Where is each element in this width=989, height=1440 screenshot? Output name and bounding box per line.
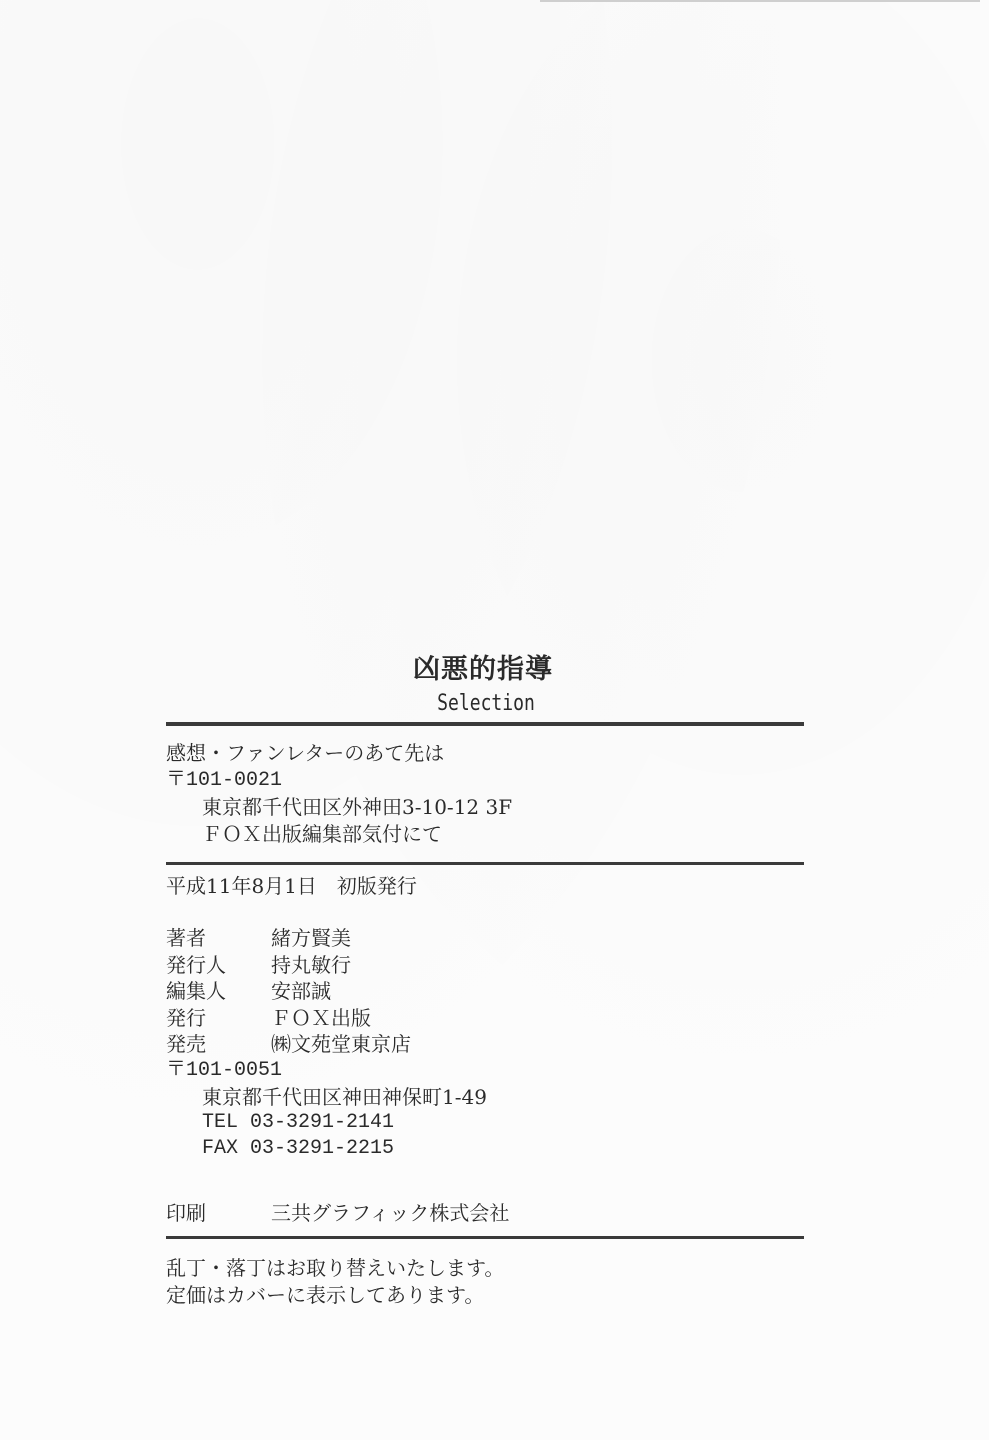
colophon-block: 凶悪的指導 Selection 感想・ファンレターのあて先は 〒101-0021… <box>166 652 806 1309</box>
fan-letter-address-line1: 東京都千代田区外神田3-10-12 3F <box>166 794 806 821</box>
distributor-tel: TEL 03-3291-2141 <box>166 1110 806 1136</box>
page-edge-shadow <box>540 0 980 2</box>
fan-letter-postal-code: 〒101-0021 <box>166 767 806 794</box>
note-replacement: 乱丁・落丁はお取り替えいたします。 <box>166 1255 806 1282</box>
staff-credits: 著者 緒方賢美 発行人 持丸敏行 編集人 安部誠 発行 ＦＯＸ出版 発売 ㈱文苑… <box>166 925 806 1162</box>
credit-value: 緒方賢美 <box>271 925 351 952</box>
fan-letter-section: 感想・ファンレターのあて先は 〒101-0021 東京都千代田区外神田3-10-… <box>166 740 806 848</box>
credit-label: 著者 <box>166 925 271 952</box>
publication-date: 平成11年8月1日 初版発行 <box>166 873 806 899</box>
credit-value: ＦＯＸ出版 <box>271 1005 371 1032</box>
credit-row-publisher-person: 発行人 持丸敏行 <box>166 952 806 979</box>
printing-credit: 印刷 三共グラフィック株式会社 <box>166 1200 806 1226</box>
note-price: 定価はカバーに表示してあります。 <box>166 1282 806 1309</box>
distributor-postal-code: 〒101-0051 <box>166 1058 806 1084</box>
printing-value: 三共グラフィック株式会社 <box>271 1200 509 1226</box>
distributor-address: 東京都千代田区神田神保町1-49 <box>166 1084 806 1110</box>
distributor-fax: FAX 03-3291-2215 <box>166 1136 806 1162</box>
printing-label: 印刷 <box>166 1200 271 1226</box>
book-title: 凶悪的指導 <box>160 652 806 688</box>
credit-value: ㈱文苑堂東京店 <box>271 1031 411 1058</box>
book-subtitle: Selection <box>224 690 749 718</box>
fan-letter-heading: 感想・ファンレターのあて先は <box>166 740 806 767</box>
section-divider <box>166 862 804 865</box>
notes-section: 乱丁・落丁はお取り替えいたします。 定価はカバーに表示してあります。 <box>166 1255 806 1309</box>
credit-row-author: 著者 緒方賢美 <box>166 925 806 952</box>
printing-divider <box>166 1236 804 1239</box>
credit-label: 発行人 <box>166 952 271 979</box>
credit-value: 安部誠 <box>271 978 331 1005</box>
credit-value: 持丸敏行 <box>271 952 351 979</box>
credit-label: 編集人 <box>166 978 271 1005</box>
credit-row-publisher: 発行 ＦＯＸ出版 <box>166 1005 806 1032</box>
fan-letter-address-line2: ＦＯＸ出版編集部気付にて <box>166 821 806 848</box>
title-divider <box>166 722 804 726</box>
colophon-page: 凶悪的指導 Selection 感想・ファンレターのあて先は 〒101-0021… <box>0 0 989 1440</box>
credit-label: 発行 <box>166 1005 271 1032</box>
credit-row-distributor: 発売 ㈱文苑堂東京店 <box>166 1031 806 1058</box>
credit-label: 発売 <box>166 1031 271 1058</box>
credit-row-editor: 編集人 安部誠 <box>166 978 806 1005</box>
